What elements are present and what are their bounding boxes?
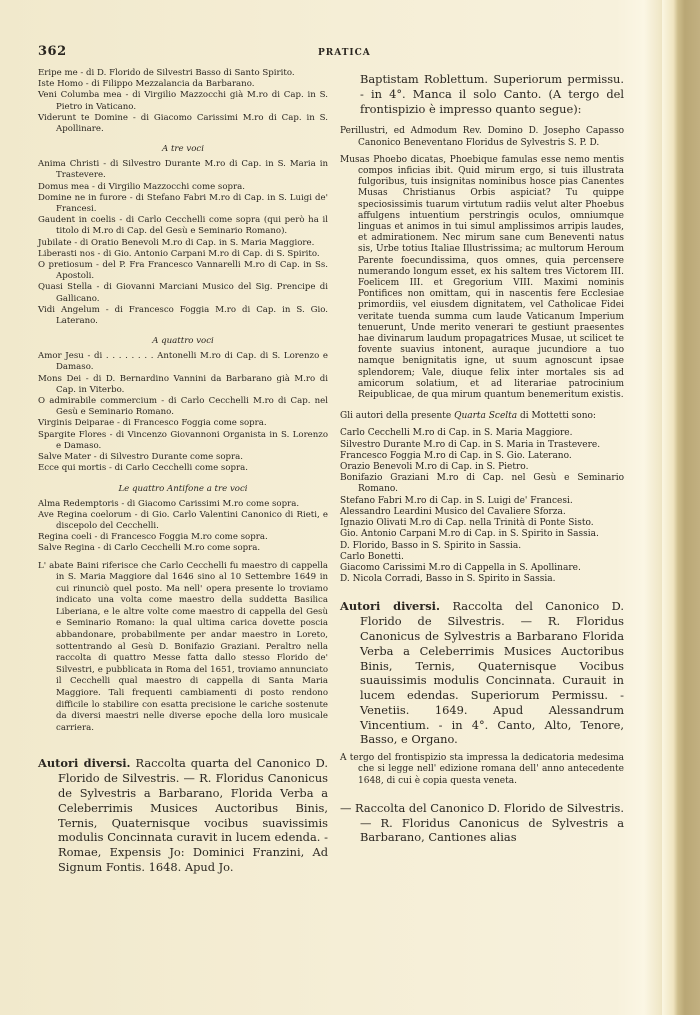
list-item: O admirabile commercium - di Carlo Cecch…	[38, 396, 328, 418]
list-item: O pretiosum - del P. Fra Francesco Vanna…	[38, 260, 328, 282]
entry-continuation: Baptistam Roblettum. Superiorum permissu…	[340, 72, 624, 116]
page-number: 362	[38, 44, 67, 59]
section-heading-antifone: Le quattro Antifone a tre voci	[38, 483, 328, 495]
list-item: Ecce qui mortis - di Carlo Cecchelli com…	[38, 463, 328, 474]
list-item: Alessandro Leardini Musico del Cavaliere…	[340, 507, 624, 518]
list-item: Ave Regina coelorum - di Gio. Carlo Vale…	[38, 510, 328, 532]
list-item: Giacomo Carissimi M.ro di Cappella in S.…	[340, 563, 624, 574]
list-item: Eripe me - di D. Florido de Silvestri Ba…	[38, 68, 328, 79]
authors-intro-post: di Mottetti sono:	[517, 411, 596, 421]
list-item: Regina coeli - di Francesco Foggia M.ro …	[38, 532, 328, 543]
entry-heading: Autori diversi.	[38, 756, 131, 770]
list-item: Iste Homo - di Filippo Mezzalancia da Ba…	[38, 79, 328, 90]
list-item: Carlo Bonetti.	[340, 552, 624, 563]
list-item: Veni Columba mea - di Virgilio Mazzocchi…	[38, 90, 328, 112]
list-item: Stefano Fabri M.ro di Cap. in S. Luigi d…	[340, 496, 624, 507]
book-spine-shadow	[662, 0, 700, 1015]
page-header: 362 PRATICA	[38, 44, 638, 62]
list-item: Alma Redemptoris - di Giacomo Carissimi …	[38, 499, 328, 510]
dedication-text: Musas Phoebo dicatas, Phoebique famulas …	[340, 155, 624, 401]
authors-list: Carlo Cecchelli M.ro di Cap. in S. Maria…	[340, 428, 624, 585]
note-tergo: A tergo del frontispizio sta impressa la…	[340, 753, 624, 787]
list-item: Salve Regina - di Carlo Cecchelli M.ro c…	[38, 543, 328, 554]
list-item: Bonifazio Graziani M.ro di Cap. nel Gesù…	[340, 473, 624, 495]
bibliography-entry-autori-diversi-2: Autori diversi. Raccolta del Canonico D.…	[340, 599, 624, 747]
list-item: Domus mea - di Virgilio Mazzocchi come s…	[38, 182, 328, 193]
list-item: Amor Jesu - di . . . . . . . . Antonelli…	[38, 351, 328, 373]
bibliography-entry-autori-diversi-1: Autori diversi. Raccolta quarta del Cano…	[38, 756, 328, 874]
section-heading-tre-voci: A tre voci	[38, 143, 328, 155]
list-item: Anima Christi - di Silvestro Durante M.r…	[38, 159, 328, 181]
list-item: Carlo Cecchelli M.ro di Cap. in S. Maria…	[340, 428, 624, 439]
list-item: Quasi Stella - di Giovanni Marciani Musi…	[38, 282, 328, 304]
list-item: Francesco Foggia M.ro di Cap. in S. Gio.…	[340, 451, 624, 462]
entry-text: Raccolta quarta del Canonico D. Florido …	[58, 756, 328, 874]
entry-heading: Autori diversi.	[340, 599, 440, 613]
list-item: Silvestro Durante M.ro di Cap. in S. Mar…	[340, 440, 624, 451]
authors-intro-pre: Gli autori della presente	[340, 411, 454, 421]
list-item: Ignazio Olivati M.ro di Cap. nella Trini…	[340, 518, 624, 529]
left-column: Eripe me - di D. Florido de Silvestri Ba…	[38, 68, 328, 875]
list-item: Vidi Angelum - di Francesco Foggia M.ro …	[38, 305, 328, 327]
list-item: Spargite Flores - di Vincenzo Giovannoni…	[38, 430, 328, 452]
list-item: Gio. Antonio Carpani M.ro di Cap. in S. …	[340, 529, 624, 540]
entry-text: Raccolta del Canonico D. Florido de Silv…	[360, 599, 624, 746]
list-item: D. Nicola Corradi, Basso in S. Spirito i…	[340, 574, 624, 585]
list-item: Orazio Benevoli M.ro di Cap. in S. Pietr…	[340, 462, 624, 473]
running-head: PRATICA	[318, 48, 371, 58]
list-item: Salve Mater - di Silvestro Durante come …	[38, 452, 328, 463]
list-item: Liberasti nos - di Gio. Antonio Carpani …	[38, 249, 328, 260]
entry-list-tre-voci: Anima Christi - di Silvestro Durante M.r…	[38, 159, 328, 327]
entry-list-top: Eripe me - di D. Florido de Silvestri Ba…	[38, 68, 328, 135]
section-heading-quattro-voci: A quattro voci	[38, 335, 328, 347]
note-baini: L' abate Baini riferisce che Carlo Cecch…	[38, 561, 328, 735]
entry-list-quattro-voci: Amor Jesu - di . . . . . . . . Antonelli…	[38, 351, 328, 474]
list-item: Mons Dei - di D. Bernardino Vannini da B…	[38, 374, 328, 396]
list-item: Jubilate - di Oratio Benevoli M.ro di Ca…	[38, 238, 328, 249]
list-item: Gaudent in coelis - di Carlo Cecchelli c…	[38, 215, 328, 237]
authors-intro: Gli autori della presente Quarta Scelta …	[340, 411, 624, 422]
authors-intro-title: Quarta Scelta	[454, 411, 517, 421]
entry-list-antifone: Alma Redemptoris - di Giacomo Carissimi …	[38, 499, 328, 555]
list-item: Virginis Deiparae - di Francesco Foggia …	[38, 418, 328, 429]
list-item: D. Florido, Basso in S. Spirito in Sassi…	[340, 541, 624, 552]
list-item: Domine ne in furore - di Stefano Fabri M…	[38, 193, 328, 215]
book-page: 362 PRATICA Eripe me - di D. Florido de …	[0, 0, 700, 1015]
bibliography-entry-raccolta: — Raccolta del Canonico D. Florido de Si…	[340, 801, 624, 845]
right-column: Baptistam Roblettum. Superiorum permissu…	[340, 72, 624, 845]
list-item: Viderunt te Domine - di Giacomo Carissim…	[38, 113, 328, 135]
dedication-address: Perillustri, ed Admodum Rev. Domino D. J…	[340, 126, 624, 148]
